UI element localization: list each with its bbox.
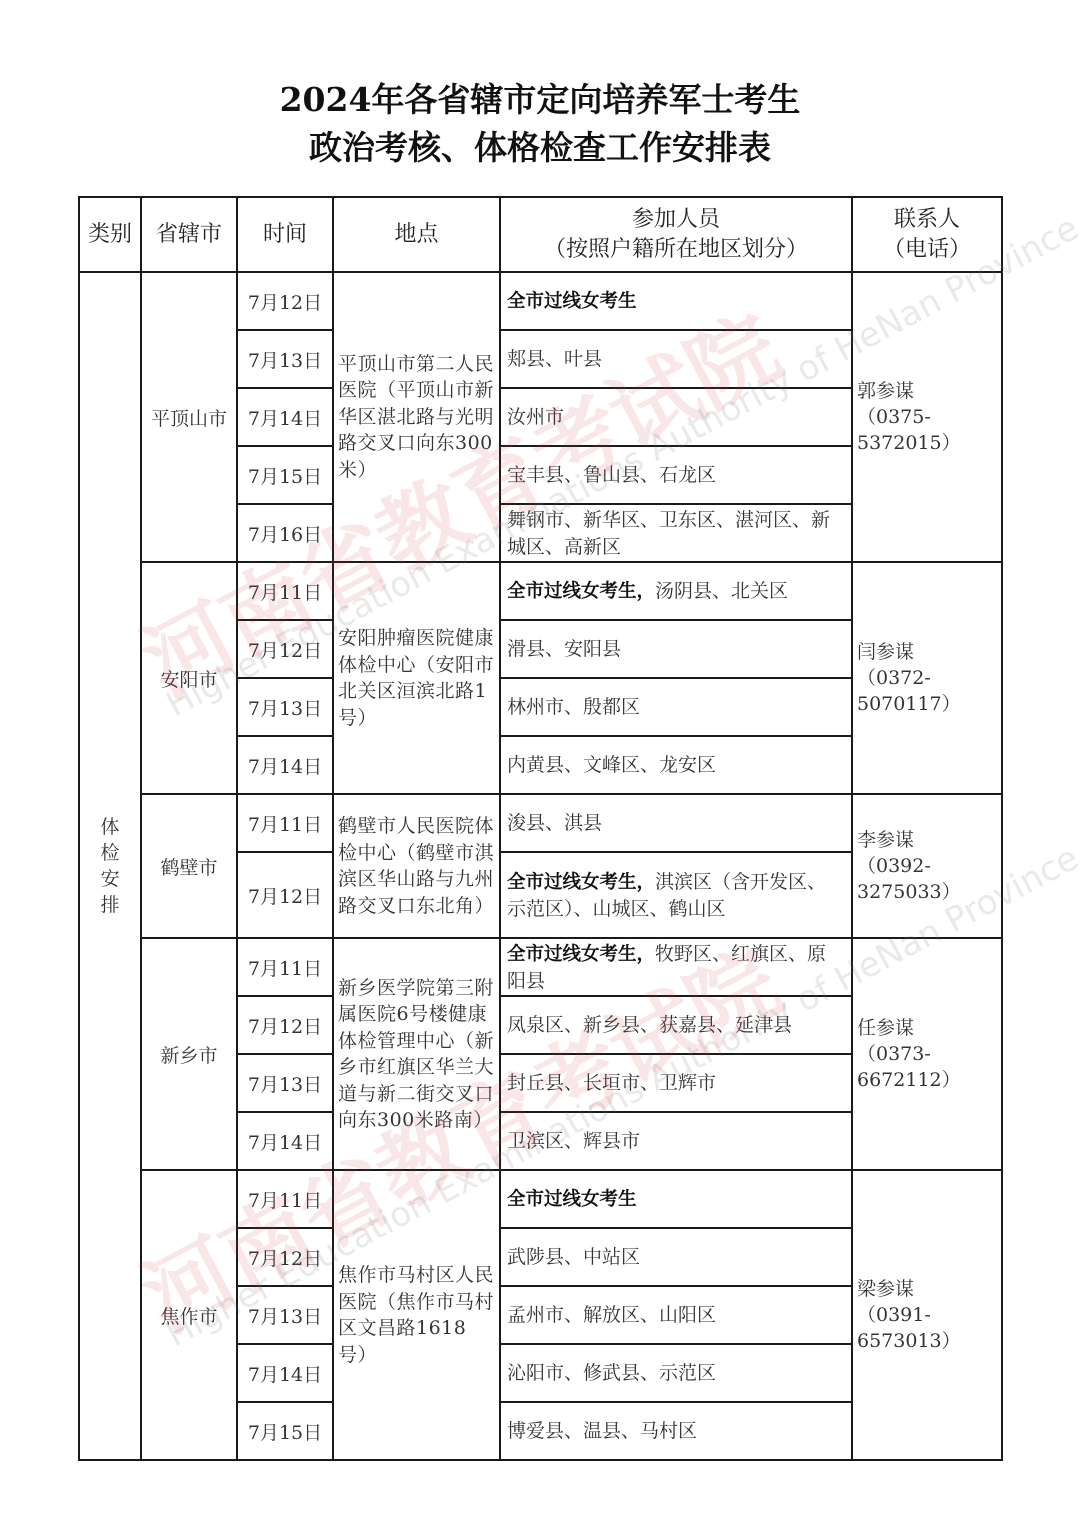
- participants-cell: 凤泉区、新乡县、获嘉县、延津县: [500, 996, 852, 1054]
- date-cell: 7月15日: [237, 1402, 333, 1460]
- date-cell: 7月11日: [237, 1170, 333, 1228]
- date-cell: 7月11日: [237, 562, 333, 620]
- participants-cell: 博爱县、温县、马村区: [500, 1402, 852, 1460]
- date-cell: 7月13日: [237, 1286, 333, 1344]
- participants-text: 郏县、叶县: [507, 348, 602, 370]
- participants-cell: 滑县、安阳县: [500, 620, 852, 678]
- participants-cell: 卫滨区、辉县市: [500, 1112, 852, 1170]
- date-cell: 7月15日: [237, 446, 333, 504]
- date-cell: 7月14日: [237, 736, 333, 794]
- participants-cell: 全市过线女考生: [500, 1170, 852, 1228]
- participants-cell: 全市过线女考生，淇滨区（含开发区、示范区）、山城区、鹤山区: [500, 852, 852, 938]
- participants-text: 滑县、安阳县: [507, 638, 621, 660]
- date-cell: 7月14日: [237, 388, 333, 446]
- title-line-1: 2024年各省辖市定向培养军士考生: [0, 76, 1080, 124]
- location-cell: 安阳肿瘤医院健康体检中心（安阳市北关区洹滨北路1号）: [333, 562, 500, 794]
- contact-cell: 任参谋（0373-6672112）: [852, 938, 1002, 1170]
- participants-text: 浚县、淇县: [507, 812, 602, 834]
- date-cell: 7月16日: [237, 504, 333, 562]
- header-location: 地点: [333, 197, 500, 272]
- date-cell: 7月12日: [237, 272, 333, 330]
- participants-cell: 内黄县、文峰区、龙安区: [500, 736, 852, 794]
- table-row: 鹤壁市7月11日鹤壁市人民医院体检中心（鹤壁市淇滨区华山路与九州路交叉口东北角）…: [79, 794, 1002, 852]
- table-row: 体检安排平顶山市7月12日平顶山市第二人民医院（平顶山市新华区湛北路与光明路交叉…: [79, 272, 1002, 330]
- participants-cell: 全市过线女考生: [500, 272, 852, 330]
- date-cell: 7月13日: [237, 1054, 333, 1112]
- header-category: 类别: [79, 197, 141, 272]
- participants-cell: 宝丰县、鲁山县、石龙区: [500, 446, 852, 504]
- participants-cell: 舞钢市、新华区、卫东区、湛河区、新城区、高新区: [500, 504, 852, 562]
- participants-bold: 全市过线女考生: [507, 1189, 637, 1210]
- city-cell: 焦作市: [141, 1170, 237, 1460]
- date-cell: 7月12日: [237, 852, 333, 938]
- participants-cell: 全市过线女考生，牧野区、红旗区、原阳县: [500, 938, 852, 996]
- city-cell: 鹤壁市: [141, 794, 237, 938]
- date-cell: 7月11日: [237, 938, 333, 996]
- document-title: 2024年各省辖市定向培养军士考生 政治考核、体格检查工作安排表: [0, 76, 1080, 172]
- participants-text: 汝州市: [507, 406, 564, 428]
- header-time: 时间: [237, 197, 333, 272]
- participants-cell: 封丘县、长垣市、卫辉市: [500, 1054, 852, 1112]
- header-row: 类别 省辖市 时间 地点 参加人员 （按照户籍所在地区划分） 联系人 （电话）: [79, 197, 1002, 272]
- participants-cell: 郏县、叶县: [500, 330, 852, 388]
- location-cell: 鹤壁市人民医院体检中心（鹤壁市淇滨区华山路与九州路交叉口东北角）: [333, 794, 500, 938]
- date-cell: 7月13日: [237, 678, 333, 736]
- participants-text: 封丘县、长垣市、卫辉市: [507, 1072, 716, 1094]
- category-cell: 体检安排: [79, 272, 141, 1460]
- participants-text: 博爱县、温县、马村区: [507, 1420, 697, 1442]
- participants-text: 孟州市、解放区、山阳区: [507, 1304, 716, 1326]
- participants-cell: 沁阳市、修武县、示范区: [500, 1344, 852, 1402]
- location-cell: 平顶山市第二人民医院（平顶山市新华区湛北路与光明路交叉口向东300米）: [333, 272, 500, 562]
- participants-bold: 全市过线女考生，: [507, 872, 655, 893]
- city-cell: 安阳市: [141, 562, 237, 794]
- date-cell: 7月12日: [237, 996, 333, 1054]
- participants-cell: 孟州市、解放区、山阳区: [500, 1286, 852, 1344]
- date-cell: 7月11日: [237, 794, 333, 852]
- location-cell: 新乡医学院第三附属医院6号楼健康体检管理中心（新乡市红旗区华兰大道与新二街交叉口…: [333, 938, 500, 1170]
- participants-cell: 武陟县、中站区: [500, 1228, 852, 1286]
- participants-bold: 全市过线女考生，: [507, 581, 655, 602]
- participants-cell: 浚县、淇县: [500, 794, 852, 852]
- contact-cell: 郭参谋（0375-5372015）: [852, 272, 1002, 562]
- participants-text: 宝丰县、鲁山县、石龙区: [507, 464, 716, 486]
- participants-text: 沁阳市、修武县、示范区: [507, 1362, 716, 1384]
- date-cell: 7月14日: [237, 1344, 333, 1402]
- participants-bold: 全市过线女考生: [507, 291, 637, 312]
- participants-bold: 全市过线女考生，: [507, 944, 655, 965]
- header-contact: 联系人 （电话）: [852, 197, 1002, 272]
- participants-text: 舞钢市、新华区、卫东区、湛河区、新城区、高新区: [507, 509, 830, 558]
- participants-cell: 汝州市: [500, 388, 852, 446]
- participants-cell: 林州市、殷都区: [500, 678, 852, 736]
- contact-cell: 李参谋（0392-3275033）: [852, 794, 1002, 938]
- participants-text: 凤泉区、新乡县、获嘉县、延津县: [507, 1014, 792, 1036]
- contact-cell: 闫参谋（0372-5070117）: [852, 562, 1002, 794]
- title-line-2: 政治考核、体格检查工作安排表: [0, 124, 1080, 172]
- city-cell: 新乡市: [141, 938, 237, 1170]
- date-cell: 7月14日: [237, 1112, 333, 1170]
- participants-text: 林州市、殷都区: [507, 696, 640, 718]
- city-cell: 平顶山市: [141, 272, 237, 562]
- table-row: 安阳市7月11日安阳肿瘤医院健康体检中心（安阳市北关区洹滨北路1号）全市过线女考…: [79, 562, 1002, 620]
- location-cell: 焦作市马村区人民医院（焦作市马村区文昌路1618号）: [333, 1170, 500, 1460]
- header-participants: 参加人员 （按照户籍所在地区划分）: [500, 197, 852, 272]
- participants-cell: 全市过线女考生，汤阴县、北关区: [500, 562, 852, 620]
- date-cell: 7月13日: [237, 330, 333, 388]
- participants-text: 武陟县、中站区: [507, 1246, 640, 1268]
- contact-cell: 梁参谋（0391-6573013）: [852, 1170, 1002, 1460]
- date-cell: 7月12日: [237, 620, 333, 678]
- date-cell: 7月12日: [237, 1228, 333, 1286]
- header-city: 省辖市: [141, 197, 237, 272]
- participants-text: 内黄县、文峰区、龙安区: [507, 754, 716, 776]
- table-row: 新乡市7月11日新乡医学院第三附属医院6号楼健康体检管理中心（新乡市红旗区华兰大…: [79, 938, 1002, 996]
- participants-text: 汤阴县、北关区: [655, 580, 788, 602]
- table-row: 焦作市7月11日焦作市马村区人民医院（焦作市马村区文昌路1618号）全市过线女考…: [79, 1170, 1002, 1228]
- participants-text: 卫滨区、辉县市: [507, 1130, 640, 1152]
- schedule-table: 类别 省辖市 时间 地点 参加人员 （按照户籍所在地区划分） 联系人 （电话） …: [78, 196, 1003, 1461]
